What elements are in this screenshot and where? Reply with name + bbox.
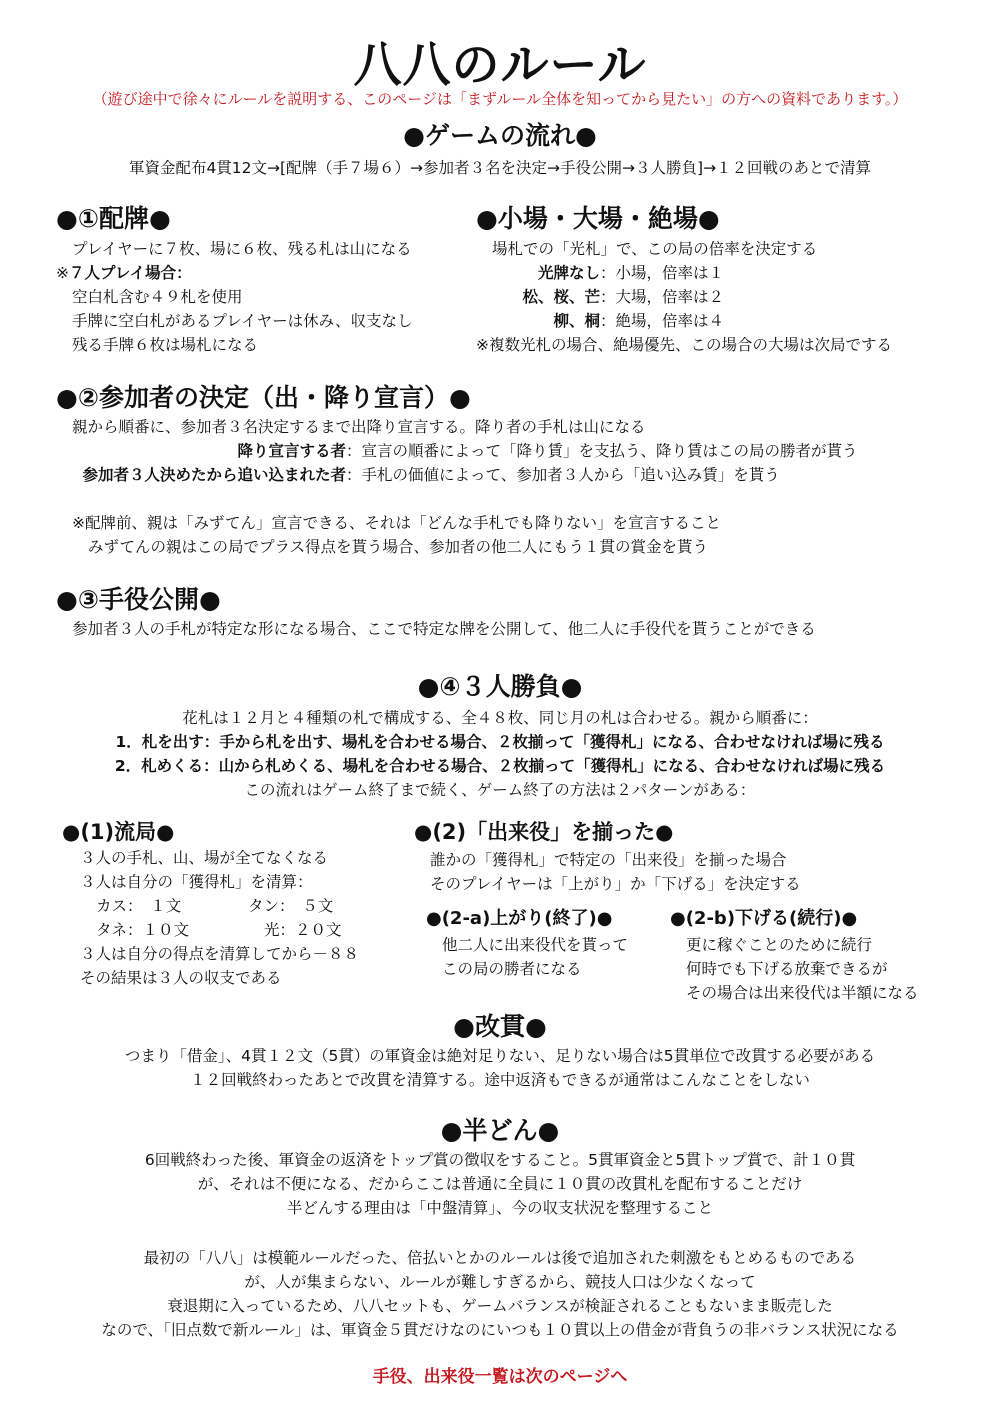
kaikan-heading: ●改貫● xyxy=(0,1007,1000,1043)
sageru-line2: 何時でも下げる放棄できるが xyxy=(686,957,888,981)
draw-line4: その結果は３人の収支である xyxy=(80,966,282,990)
deal-line3: 手牌に空白札があるプレイヤーは休み、収支なし xyxy=(72,309,413,333)
field-row-value: ：絶場，倍率は４ xyxy=(600,312,724,330)
participants-row-1: 参加者３人決めたから追い込まれた者：手札の価値によって、参加者３人から「追い込み… xyxy=(56,463,780,487)
handon-line2: が、それは不便になる、だからここは普通に全員に１０貫の改貫札を配布することだけ xyxy=(0,1172,1000,1196)
battle-outro: この流れはゲーム終了まで続く、ゲーム終了の方法は２パターンがある： xyxy=(0,778,1000,802)
field-row-2: 柳、桐：絶場，倍率は４ xyxy=(476,309,724,333)
score-value: ５文 xyxy=(287,897,334,915)
participants-row-value: ：宣言の順番によって「降り賃」を支払う、降り賃はこの局の勝者が貰う xyxy=(346,442,858,460)
next-page-link[interactable]: 手役、出来役一覧は次のページへ xyxy=(0,1362,1000,1387)
score-label: タネ： xyxy=(96,921,143,939)
sageru-line3: その場合は出来役代は半額になる xyxy=(686,981,919,1005)
battle-step2: 2．札めくる：山から札めくる、場札を合わせる場合、２枚揃って「獲得札」になる、合… xyxy=(0,754,1000,778)
draw-score-3: 光：２０文 xyxy=(264,918,342,942)
yaku-line2: そのプレイヤーは「上がり」か「下げる」を決定する xyxy=(430,872,801,896)
participants-heading: ●②参加者の決定（出・降り宣言）● xyxy=(56,378,471,414)
deal-line1: プレイヤーに７枚、場に６枚、残る札は山になる xyxy=(72,237,412,261)
draw-line1: ３人の手札、山、場が全てなくなる xyxy=(80,846,328,870)
score-label: カス： xyxy=(96,897,135,915)
participants-row-label: 参加者３人決めたから追い込まれた者 xyxy=(56,463,346,487)
history-line2: が、人が集まらない、ルールが難しすぎるから、競技人口は少なくなって xyxy=(0,1270,1000,1294)
flow-heading: ●ゲームの流れ● xyxy=(0,116,1000,152)
score-label: タン： xyxy=(248,897,287,915)
field-note: ※複数光札の場合、絶場優先、この場合の大場は次局でする xyxy=(476,333,892,357)
field-row-label: 光牌なし xyxy=(476,261,600,285)
hand-reveal-text: 参加者３人の手札が特定な形になる場合、ここで特定な牌を公開して、他二人に手役代を… xyxy=(72,617,816,641)
score-value: １０文 xyxy=(143,921,190,939)
kaikan-line1: つまり「借金」、4貫１２文（5貫）の軍資金は絶対足りない、足りない場合は5貫単位… xyxy=(0,1044,1000,1068)
field-row-label: 柳、桐 xyxy=(476,309,600,333)
field-row-value: ：大場，倍率は２ xyxy=(600,288,724,306)
battle-intro: 花札は１２月と４種類の札で構成する、全４８枚、同じ月の札は合わせる。親から順番に… xyxy=(0,706,1000,730)
draw-line3: ３人は自分の得点を清算してから－８８ xyxy=(80,942,359,966)
note-mark: ※ xyxy=(56,264,69,282)
participants-row-0: 降り宣言する者：宣言の順番によって「降り賃」を支払う、降り賃はこの局の勝者が貰う xyxy=(56,439,858,463)
page-title: 八八のルール xyxy=(0,26,1000,95)
draw-score-1: タン： ５文 xyxy=(248,894,333,918)
deal-line4: 残る手牌６枚は場札になる xyxy=(72,333,258,357)
deal-note: ※７人プレイ場合： xyxy=(56,261,192,285)
participants-note2: みずてんの親はこの局でプラス得点を貰う場合、参加者の他二人にもう１貫の賞金を貰う xyxy=(88,535,708,559)
agari-line2: この局の勝者になる xyxy=(442,957,582,981)
draw-score-0: カス： １文 xyxy=(96,894,181,918)
agari-line1: 他二人に出来役代を貰って xyxy=(442,933,628,957)
page-subtitle: （遊び途中で徐々にルールを説明する、このページは「まずルール全体を知ってから見た… xyxy=(0,88,1000,109)
deal-note-bold: ７人プレイ場合： xyxy=(69,264,192,282)
yaku-heading: ●(2)「出来役」を揃った● xyxy=(414,816,673,846)
score-value: １文 xyxy=(135,897,182,915)
deal-line2: 空白札含む４９札を使用 xyxy=(72,285,243,309)
participants-note1: ※配牌前、親は「みずてん」宣言できる、それは「どんな手札でも降りない」を宣言する… xyxy=(72,511,721,535)
flow-text: 軍資金配布4貫12文→[配牌（手７場６）→参加者３名を決定→手役公開→３人勝負]… xyxy=(0,156,1000,180)
battle-heading: ●④３人勝負● xyxy=(0,667,1000,703)
draw-heading: ●(1)流局● xyxy=(62,816,174,846)
handon-heading: ●半どん● xyxy=(0,1111,1000,1147)
yaku-line1: 誰かの「獲得札」で特定の「出来役」を揃った場合 xyxy=(430,848,787,872)
participants-row-value: ：手札の価値によって、参加者３人から「追い込み賃」を貰う xyxy=(346,466,780,484)
field-heading: ●小場・大場・絶場● xyxy=(476,199,720,235)
field-row-value: ：小場，倍率は１ xyxy=(600,264,724,282)
participants-line1: 親から順番に、参加者３名決定するまで出降り宣言する。降り者の手札は山になる xyxy=(72,415,646,439)
sageru-line1: 更に稼ぐことのために続行 xyxy=(686,933,872,957)
field-intro: 場札での「光札」で、この局の倍率を決定する xyxy=(492,237,817,261)
hand-reveal-heading: ●③手役公開● xyxy=(56,580,221,616)
field-row-label: 松、桜、芒 xyxy=(476,285,600,309)
field-row-1: 松、桜、芒：大場，倍率は２ xyxy=(476,285,724,309)
history-line1: 最初の「八八」は模範ルールだった、倍払いとかのルールは後で追加された刺激をもとめ… xyxy=(0,1246,1000,1270)
deal-heading: ●①配牌● xyxy=(56,199,171,235)
score-value: ２０文 xyxy=(295,921,342,939)
sageru-heading: ●(2-b)下げる(続行)● xyxy=(670,904,857,930)
history-line4: なので、「旧点数で新ルール」は、軍資金５貫だけなのにいつも１０貫以上の借金が背負… xyxy=(0,1318,1000,1342)
agari-heading: ●(2-a)上がり(終了)● xyxy=(426,904,612,930)
field-row-0: 光牌なし：小場，倍率は１ xyxy=(476,261,724,285)
history-line3: 衰退期に入っているため、八八セットも、ゲームバランスが検証されることもないまま販… xyxy=(0,1294,1000,1318)
handon-line3: 半どんする理由は「中盤清算」、今の収支状況を整理すること xyxy=(0,1196,1000,1220)
score-label: 光： xyxy=(264,921,295,939)
battle-step1: 1．札を出す：手から札を出す、場札を合わせる場合、２枚揃って「獲得札」になる、合… xyxy=(0,730,1000,754)
draw-line2: ３人は自分の「獲得札」を清算： xyxy=(80,870,313,894)
participants-row-label: 降り宣言する者 xyxy=(56,439,346,463)
handon-line1: 6回戦終わった後、軍資金の返済をトップ賞の徴収をすること。5貫軍資金と5貫トップ… xyxy=(0,1148,1000,1172)
draw-score-2: タネ：１０文 xyxy=(96,918,189,942)
kaikan-line2: １２回戦終わったあとで改貫を清算する。途中返済もできるが通常はこんなことをしない xyxy=(0,1068,1000,1092)
